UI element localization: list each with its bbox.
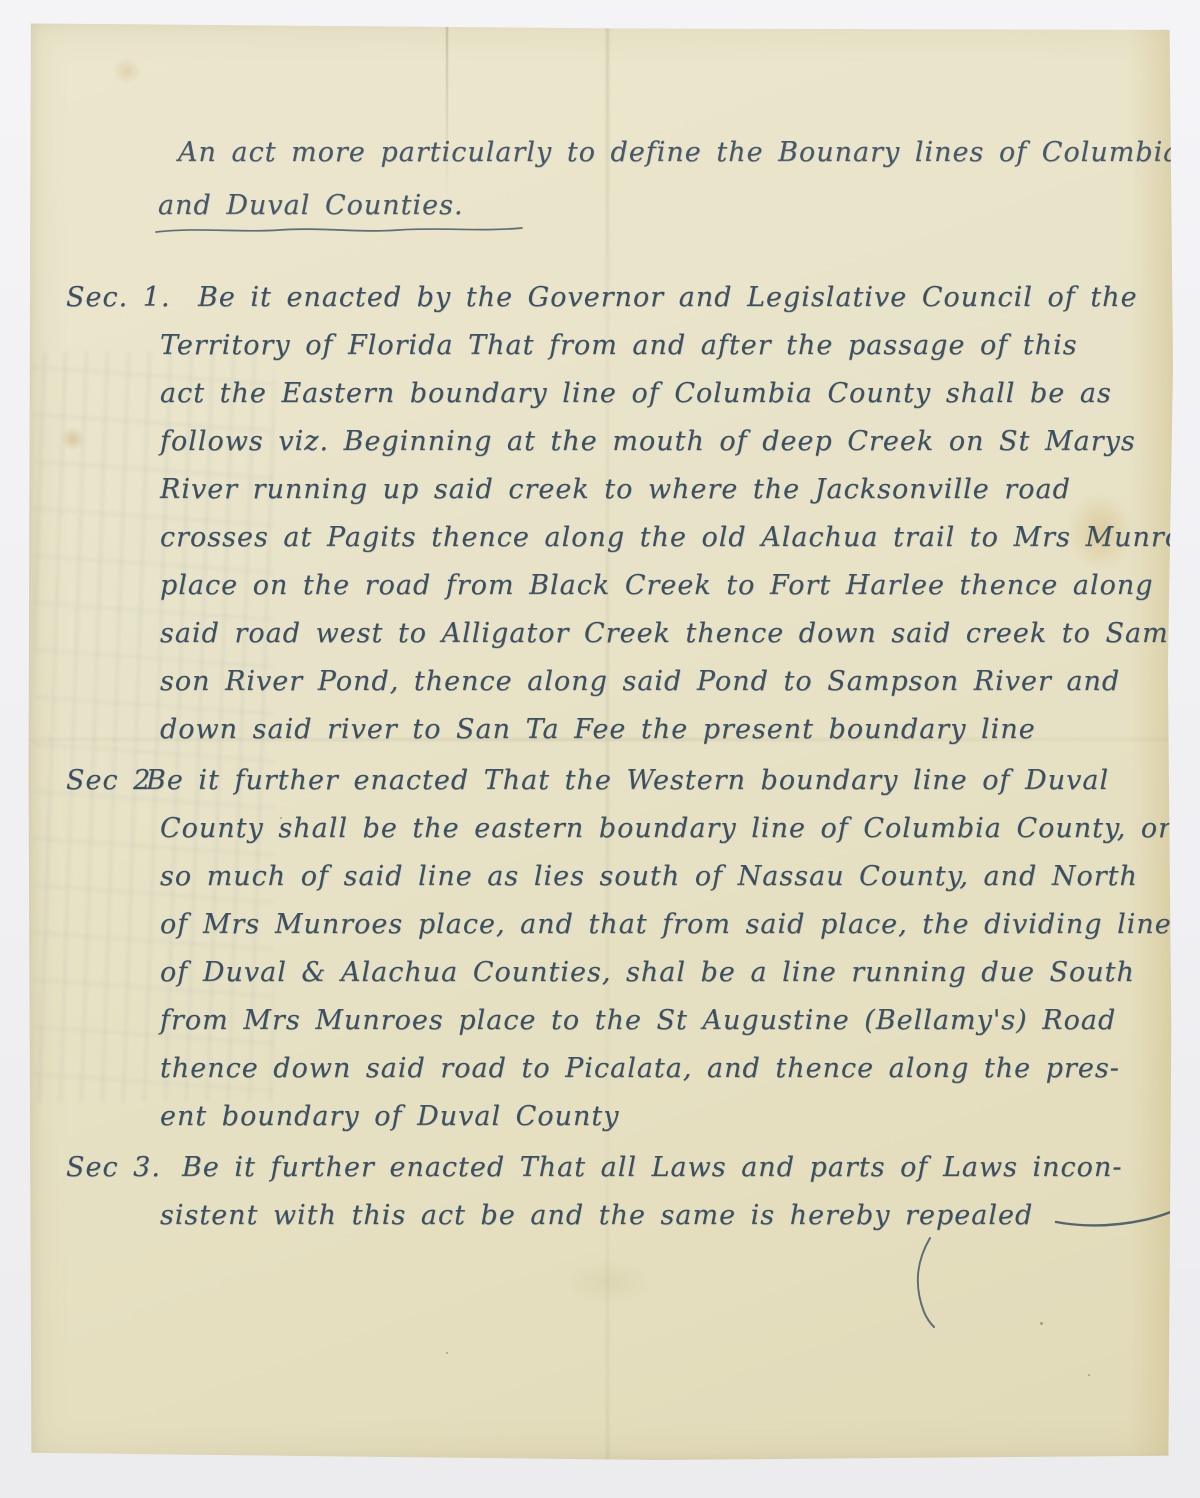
- pen-stroke-icon: [904, 1234, 944, 1330]
- section-1: Sec. 1. Be it enacted by the Governor an…: [28, 274, 1173, 754]
- scanner-background: An act more particularly to define the B…: [0, 0, 1200, 1498]
- heading-line-underlined: and Duval Counties.: [158, 179, 464, 232]
- manuscript-line: sistent with this act be and the same is…: [160, 1192, 1173, 1240]
- manuscript-line: so much of said line as lies south of Na…: [160, 853, 1173, 901]
- document-page: An act more particularly to define the B…: [28, 22, 1173, 1460]
- manuscript-line: son River Pond, thence along said Pond t…: [160, 658, 1173, 706]
- manuscript-line: Be it further enacted That all Laws and …: [160, 1144, 1173, 1192]
- hand-drawn-underline: [154, 224, 526, 236]
- manuscript-line: act the Eastern boundary line of Columbi…: [160, 370, 1173, 418]
- section-label: Sec. 1.: [66, 281, 171, 315]
- manuscript-line: Be it enacted by the Governor and Legisl…: [160, 274, 1173, 322]
- manuscript-line: follows viz. Beginning at the mouth of d…: [160, 418, 1173, 466]
- manuscript-line: from Mrs Munroes place to the St Augusti…: [160, 997, 1173, 1045]
- heading-line: An act more particularly to define the B…: [178, 126, 1173, 179]
- manuscript-line: Territory of Florida That from and after…: [160, 322, 1173, 370]
- manuscript-line: River running up said creek to where the…: [160, 466, 1173, 514]
- manuscript-line: Be it further enacted That the Western b…: [160, 757, 1173, 805]
- ink-speck: [446, 1352, 448, 1354]
- document-heading: An act more particularly to define the B…: [178, 126, 1173, 232]
- paper-stain: [106, 52, 148, 90]
- manuscript-line: down said river to San Ta Fee the presen…: [160, 706, 1173, 754]
- pen-flourish-icon: [1052, 1196, 1173, 1230]
- manuscript-line: of Mrs Munroes place, and that from said…: [160, 901, 1173, 949]
- section-label: Sec 3.: [66, 1151, 161, 1185]
- section-label: Sec 2: [66, 764, 151, 798]
- ink-speck: [1088, 1374, 1090, 1376]
- manuscript-line: crosses at Pagits thence along the old A…: [160, 514, 1173, 562]
- ink-speck: [1040, 1322, 1043, 1325]
- heading-line-text: and Duval Counties.: [158, 190, 464, 221]
- manuscript-line-text: sistent with this act be and the same is…: [160, 1200, 1033, 1231]
- section-2: Sec 2 Be it further enacted That the Wes…: [28, 757, 1173, 1141]
- manuscript-line: of Duval & Alachua Counties, shal be a l…: [160, 949, 1173, 997]
- manuscript-line: ent boundary of Duval County: [160, 1093, 1173, 1141]
- manuscript-line: said road west to Alligator Creek thence…: [160, 610, 1173, 658]
- manuscript-line: place on the road from Black Creek to Fo…: [160, 562, 1173, 610]
- paper-stain: [548, 1252, 668, 1312]
- section-3: Sec 3. Be it further enacted That all La…: [28, 1144, 1173, 1240]
- manuscript-body: Sec. 1. Be it enacted by the Governor an…: [28, 274, 1173, 1240]
- manuscript-line: thence down said road to Picalata, and t…: [160, 1045, 1173, 1093]
- manuscript-line: County shall be the eastern boundary lin…: [160, 805, 1173, 853]
